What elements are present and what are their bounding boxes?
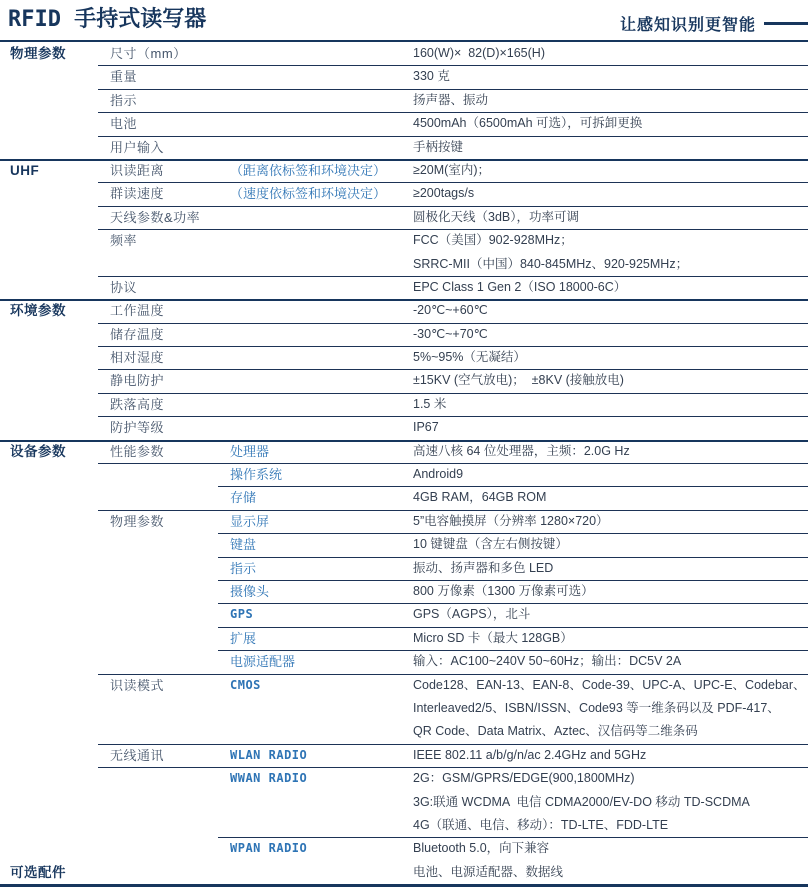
table-row: 指示振动、扬声器和多色 LED [0, 557, 808, 580]
param-value: 手柄按键 [413, 136, 808, 159]
table-row: 防护等级IP67 [0, 416, 808, 439]
param-label [98, 533, 218, 556]
param-label: 频率 [98, 229, 218, 276]
param-note: （速度依标签和环境决定） [218, 182, 413, 205]
section-label [0, 89, 98, 112]
subparam-label: CMOS [218, 674, 413, 744]
param-value: 扬声器、振动 [413, 89, 808, 112]
subparam-label [218, 276, 413, 299]
slogan-wrap: 让感知识别更智能 [620, 12, 808, 35]
table-row: 电源适配器输入：AC100~240V 50~60Hz；输出：DC5V 2A [0, 650, 808, 673]
param-value: 4GB RAM，64GB ROM [413, 486, 808, 509]
param-note: （距离依标签和环境决定） [218, 159, 413, 182]
param-value-line: 800 万像素（1300 万像素可选） [413, 580, 808, 603]
param-value-line: 1.5 米 [413, 393, 808, 416]
table-row: 指示扬声器、振动 [0, 89, 808, 112]
table-row: 环境参数工作温度-20℃~+60℃ [0, 299, 808, 322]
row-divider [98, 346, 808, 347]
row-divider [98, 323, 808, 324]
param-value-line: 5”电容触摸屏（分辨率 1280×720） [413, 510, 808, 533]
section-label [0, 650, 98, 673]
param-value-line: Bluetooth 5.0，向下兼容 [413, 837, 808, 860]
spec-table: 物理参数尺寸（mm）160(W)× 82(D)×165(H)重量330 克指示扬… [0, 40, 808, 887]
section-label [0, 463, 98, 486]
row-divider [218, 650, 808, 651]
subparam-label [218, 416, 413, 439]
subparam-label [218, 229, 413, 276]
param-value: Code128、EAN-13、EAN-8、Code-39、UPC-A、UPC-E… [413, 674, 808, 744]
subparam-label: 键盘 [218, 533, 413, 556]
table-row: 天线参数&功率圆极化天线（3dB），功率可调 [0, 206, 808, 229]
param-value: 2G：GSM/GPRS/EDGE(900,1800MHz)3G:联通 WCDMA… [413, 767, 808, 837]
param-value: 高速八核 64 位处理器，主频：2.0G Hz [413, 440, 808, 463]
param-label [98, 627, 218, 650]
slogan-dash [764, 22, 808, 25]
table-row: 操作系统Android9 [0, 463, 808, 486]
subparam-label: 摄像头 [218, 580, 413, 603]
param-value-line: 4GB RAM，64GB ROM [413, 486, 808, 509]
table-row: GPSGPS（AGPS），北斗 [0, 603, 808, 626]
row-divider [98, 510, 808, 511]
param-value-line: FCC（美国）902-928MHz； [413, 229, 808, 252]
row-divider [98, 89, 808, 90]
param-label: 无线通讯 [98, 744, 218, 767]
row-divider [98, 767, 808, 768]
param-value: -30℃~+70℃ [413, 323, 808, 346]
subparam-label: 显示屏 [218, 510, 413, 533]
table-row: 识读模式CMOSCode128、EAN-13、EAN-8、Code-39、UPC… [0, 674, 808, 744]
table-row: 存储4GB RAM，64GB ROM [0, 486, 808, 509]
row-divider [0, 440, 808, 442]
section-label [0, 182, 98, 205]
param-label: 识读距离 [98, 159, 218, 182]
subparam-label: GPS [218, 603, 413, 626]
section-label [0, 603, 98, 626]
param-value-line: 振动、扬声器和多色 LED [413, 557, 808, 580]
table-row: 无线通讯WLAN RADIOIEEE 802.11 a/b/g/n/ac 2.4… [0, 744, 808, 767]
table-row: 摄像头800 万像素（1300 万像素可选） [0, 580, 808, 603]
table-row: 电池4500mAh（6500mAh 可选），可拆卸更换 [0, 112, 808, 135]
row-divider [98, 206, 808, 207]
param-value: 1.5 米 [413, 393, 808, 416]
param-value-line: 2G：GSM/GPRS/EDGE(900,1800MHz) [413, 767, 808, 790]
row-divider [98, 112, 808, 113]
param-value-line: ≥20M(室内)； [413, 159, 808, 182]
section-label [0, 767, 98, 837]
table-row: 静电防护±15KV (空气放电)； ±8KV (接触放电) [0, 369, 808, 392]
param-label: 天线参数&功率 [98, 206, 218, 229]
param-label: 工作温度 [98, 299, 218, 322]
section-label [0, 229, 98, 276]
row-divider [98, 182, 808, 183]
section-label [0, 65, 98, 88]
param-value: ±15KV (空气放电)； ±8KV (接触放电) [413, 369, 808, 392]
param-value: 160(W)× 82(D)×165(H) [413, 42, 808, 65]
param-label: 物理参数 [98, 510, 218, 533]
table-row: 可选配件电池、电源适配器、数据线 [0, 861, 808, 884]
param-label [98, 837, 218, 860]
param-label: 性能参数 [98, 440, 218, 463]
subparam-label: WWAN RADIO [218, 767, 413, 837]
table-row: 扩展Micro SD 卡（最大 128GB） [0, 627, 808, 650]
row-divider [218, 557, 808, 558]
param-value: 5”电容触摸屏（分辨率 1280×720） [413, 510, 808, 533]
subparam-label [218, 206, 413, 229]
param-value-line: QR Code、Data Matrix、Aztec、汉信码等二维条码 [413, 720, 808, 743]
section-label: 物理参数 [0, 42, 98, 65]
param-value-line: SRRC-MII（中国）840-845MHz、920-925MHz； [413, 253, 808, 276]
param-value: 4500mAh（6500mAh 可选），可拆卸更换 [413, 112, 808, 135]
table-row: 设备参数性能参数处理器高速八核 64 位处理器，主频：2.0G Hz [0, 440, 808, 463]
param-value: FCC（美国）902-928MHz；SRRC-MII（中国）840-845MHz… [413, 229, 808, 276]
section-label [0, 276, 98, 299]
param-value-line: -30℃~+70℃ [413, 323, 808, 346]
section-label [0, 744, 98, 767]
param-value-line: 圆极化天线（3dB），功率可调 [413, 206, 808, 229]
subparam-label [218, 136, 413, 159]
param-label [98, 603, 218, 626]
param-label: 相对湿度 [98, 346, 218, 369]
param-label [98, 650, 218, 673]
param-value-line: IEEE 802.11 a/b/g/n/ac 2.4GHz and 5GHz [413, 744, 808, 767]
param-value: ≥20M(室内)； [413, 159, 808, 182]
param-label [98, 580, 218, 603]
slogan-text: 让感知识别更智能 [620, 12, 756, 35]
table-row: 物理参数显示屏5”电容触摸屏（分辨率 1280×720） [0, 510, 808, 533]
table-row: 群读速度（速度依标签和环境决定）≥200tags/s [0, 182, 808, 205]
row-divider [98, 674, 808, 675]
row-divider [98, 229, 808, 230]
row-divider [98, 393, 808, 394]
param-label: 协议 [98, 276, 218, 299]
param-value: ≥200tags/s [413, 182, 808, 205]
page-title: RFID 手持式读写器 [8, 2, 206, 33]
section-label [0, 346, 98, 369]
row-divider [98, 416, 808, 417]
param-label: 防护等级 [98, 416, 218, 439]
param-value-line: 160(W)× 82(D)×165(H) [413, 42, 808, 65]
row-divider [0, 299, 808, 301]
subparam-label [218, 65, 413, 88]
param-value: 圆极化天线（3dB），功率可调 [413, 206, 808, 229]
param-value-line: 扬声器、振动 [413, 89, 808, 112]
row-divider [218, 486, 808, 487]
subparam-label [218, 369, 413, 392]
param-label [98, 557, 218, 580]
param-value-line: Android9 [413, 463, 808, 486]
subparam-label [218, 89, 413, 112]
param-value-line: IP67 [413, 416, 808, 439]
param-value: Android9 [413, 463, 808, 486]
section-label: 可选配件 [0, 861, 98, 884]
section-label [0, 837, 98, 860]
param-value-line: 输入：AC100~240V 50~60Hz；输出：DC5V 2A [413, 650, 808, 673]
subparam-label [218, 323, 413, 346]
row-divider [218, 627, 808, 628]
section-label [0, 206, 98, 229]
param-label: 用户输入 [98, 136, 218, 159]
table-row: WWAN RADIO2G：GSM/GPRS/EDGE(900,1800MHz)3… [0, 767, 808, 837]
section-label [0, 486, 98, 509]
param-label [98, 767, 218, 837]
param-value-line: Interleaved2/5、ISBN/ISSN、Code93 等一维条码以及 … [413, 697, 808, 720]
row-divider [218, 603, 808, 604]
section-label: 设备参数 [0, 440, 98, 463]
row-divider [98, 369, 808, 370]
param-value: Micro SD 卡（最大 128GB） [413, 627, 808, 650]
section-label [0, 112, 98, 135]
param-value-line: 4500mAh（6500mAh 可选），可拆卸更换 [413, 112, 808, 135]
param-value: -20℃~+60℃ [413, 299, 808, 322]
table-row: 跌落高度1.5 米 [0, 393, 808, 416]
subparam-label [218, 42, 413, 65]
subparam-label: 指示 [218, 557, 413, 580]
subparam-label [218, 299, 413, 322]
param-value: 电池、电源适配器、数据线 [413, 861, 808, 884]
param-value: 800 万像素（1300 万像素可选） [413, 580, 808, 603]
param-label: 指示 [98, 89, 218, 112]
section-label [0, 323, 98, 346]
page-header: RFID 手持式读写器 让感知识别更智能 [0, 0, 808, 40]
param-value: IP67 [413, 416, 808, 439]
table-row: 相对湿度5%~95%（无凝结） [0, 346, 808, 369]
param-value-line: 手柄按键 [413, 136, 808, 159]
subparam-label: WPAN RADIO [218, 837, 413, 860]
subparam-label: 操作系统 [218, 463, 413, 486]
table-row: WPAN RADIOBluetooth 5.0，向下兼容 [0, 837, 808, 860]
section-label [0, 510, 98, 533]
param-value: 10 键键盘（含左右侧按键） [413, 533, 808, 556]
row-divider [0, 159, 808, 161]
subparam-label [218, 393, 413, 416]
section-label [0, 533, 98, 556]
param-value-line: ±15KV (空气放电)； ±8KV (接触放电) [413, 369, 808, 392]
param-value-line: Micro SD 卡（最大 128GB） [413, 627, 808, 650]
param-value-line: 电池、电源适配器、数据线 [413, 861, 808, 884]
subparam-label: 存储 [218, 486, 413, 509]
table-row: 储存温度-30℃~+70℃ [0, 323, 808, 346]
section-label: 环境参数 [0, 299, 98, 322]
row-divider [98, 744, 808, 745]
table-row: 重量330 克 [0, 65, 808, 88]
row-divider [218, 837, 808, 838]
section-label [0, 674, 98, 744]
subparam-label [218, 112, 413, 135]
subparam-label: 扩展 [218, 627, 413, 650]
table-row: 频率FCC（美国）902-928MHz；SRRC-MII（中国）840-845M… [0, 229, 808, 276]
param-value-line: EPC Class 1 Gen 2（ISO 18000-6C） [413, 276, 808, 299]
section-label [0, 416, 98, 439]
subparam-label [218, 861, 413, 884]
param-value-line: 高速八核 64 位处理器，主频：2.0G Hz [413, 440, 808, 463]
param-value-line: 5%~95%（无凝结） [413, 346, 808, 369]
row-divider [218, 533, 808, 534]
param-value-line: ≥200tags/s [413, 182, 808, 205]
row-divider [98, 65, 808, 66]
table-row: UHF识读距离（距离依标签和环境决定）≥20M(室内)； [0, 159, 808, 182]
section-label [0, 557, 98, 580]
section-label [0, 369, 98, 392]
param-value-line: -20℃~+60℃ [413, 299, 808, 322]
param-value-line: GPS（AGPS），北斗 [413, 603, 808, 626]
row-divider [98, 463, 808, 464]
param-label: 电池 [98, 112, 218, 135]
param-label [98, 486, 218, 509]
row-divider [98, 136, 808, 137]
table-row: 物理参数尺寸（mm）160(W)× 82(D)×165(H) [0, 42, 808, 65]
param-value: IEEE 802.11 a/b/g/n/ac 2.4GHz and 5GHz [413, 744, 808, 767]
param-label: 群读速度 [98, 182, 218, 205]
subparam-label: WLAN RADIO [218, 744, 413, 767]
subparam-label [218, 346, 413, 369]
param-value: 输入：AC100~240V 50~60Hz；输出：DC5V 2A [413, 650, 808, 673]
param-value-line: 330 克 [413, 65, 808, 88]
param-value: 5%~95%（无凝结） [413, 346, 808, 369]
param-value: Bluetooth 5.0，向下兼容 [413, 837, 808, 860]
section-label [0, 136, 98, 159]
subparam-label: 处理器 [218, 440, 413, 463]
param-value-line: Code128、EAN-13、EAN-8、Code-39、UPC-A、UPC-E… [413, 674, 808, 697]
param-label [98, 463, 218, 486]
param-label: 跌落高度 [98, 393, 218, 416]
section-label: UHF [0, 159, 98, 182]
param-value: EPC Class 1 Gen 2（ISO 18000-6C） [413, 276, 808, 299]
section-label [0, 393, 98, 416]
table-row: 协议EPC Class 1 Gen 2（ISO 18000-6C） [0, 276, 808, 299]
param-label: 尺寸（mm） [98, 42, 218, 65]
row-divider [98, 276, 808, 277]
param-value: 振动、扬声器和多色 LED [413, 557, 808, 580]
param-label: 静电防护 [98, 369, 218, 392]
param-label: 储存温度 [98, 323, 218, 346]
param-value: 330 克 [413, 65, 808, 88]
section-label [0, 580, 98, 603]
param-value-line: 3G:联通 WCDMA 电信 CDMA2000/EV-DO 移动 TD-SCDM… [413, 791, 808, 814]
table-row: 用户输入手柄按键 [0, 136, 808, 159]
param-label: 重量 [98, 65, 218, 88]
param-value-line: 4G（联通、电信、移动）：TD-LTE、FDD-LTE [413, 814, 808, 837]
param-value: GPS（AGPS），北斗 [413, 603, 808, 626]
section-label [0, 627, 98, 650]
param-label: 识读模式 [98, 674, 218, 744]
table-row: 键盘10 键键盘（含左右侧按键） [0, 533, 808, 556]
subparam-label: 电源适配器 [218, 650, 413, 673]
param-value-line: 10 键键盘（含左右侧按键） [413, 533, 808, 556]
row-divider [218, 580, 808, 581]
param-label [98, 861, 218, 884]
